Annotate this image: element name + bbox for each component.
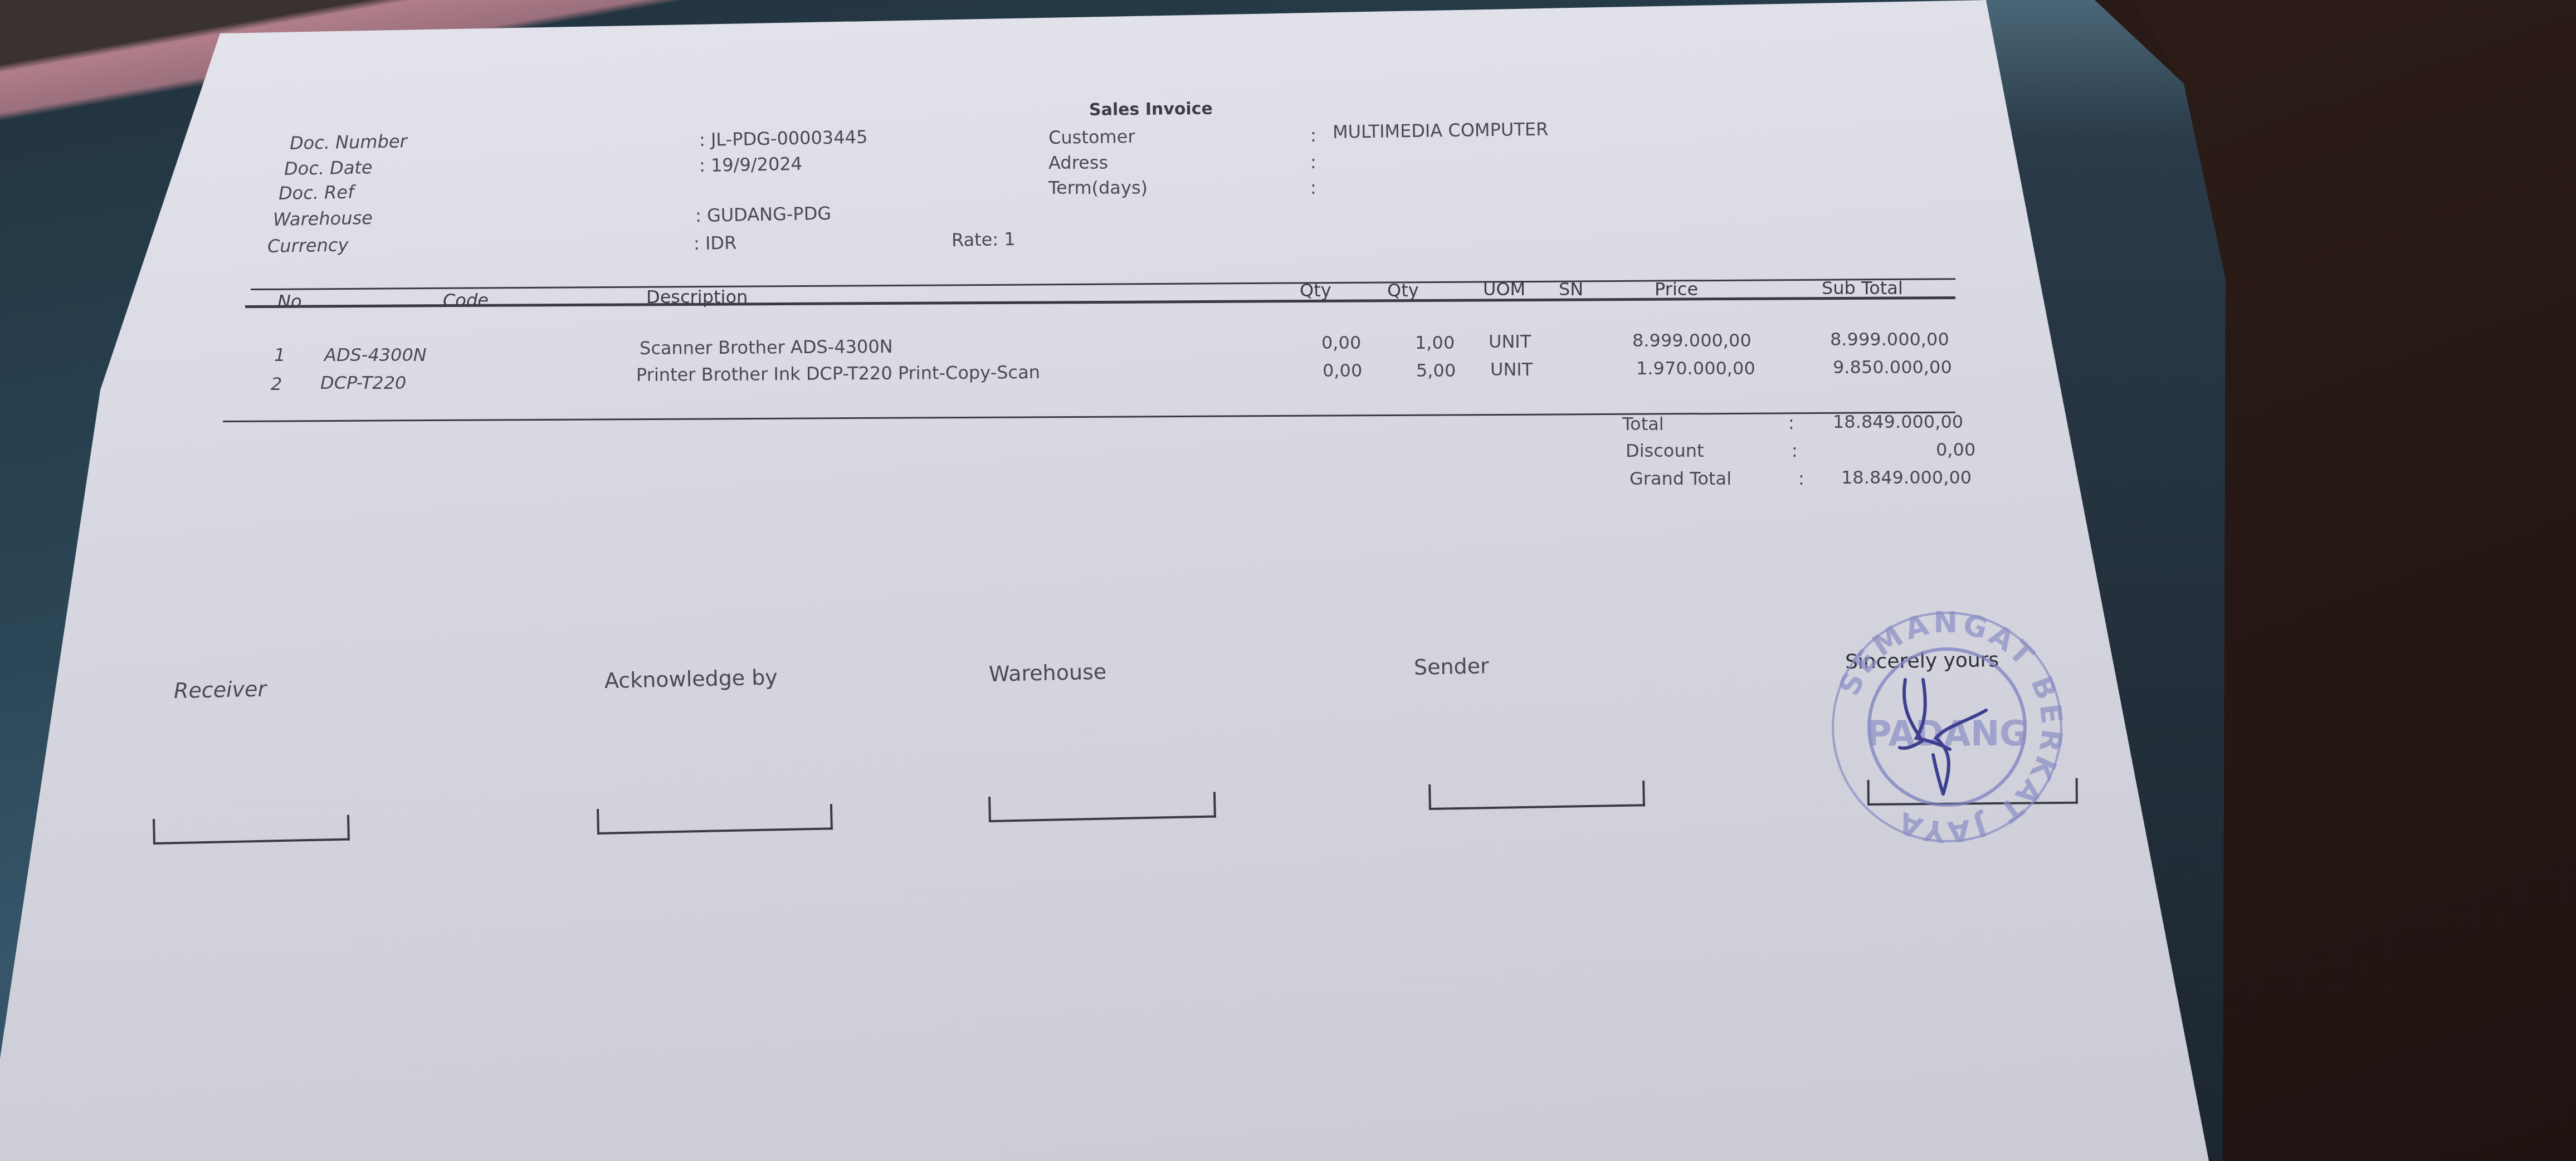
- signature-line-warehouse[interactable]: [988, 792, 1216, 822]
- warehouse-label: Warehouse: [273, 207, 373, 230]
- doc-ref-label: Doc. Ref: [279, 182, 354, 204]
- signature-line-sender[interactable]: [1428, 780, 1645, 810]
- row-code: DCP-T220: [320, 372, 406, 393]
- discount-sep: :: [1792, 440, 1798, 461]
- grand-total-value: 18.849.000,00: [1841, 467, 1972, 488]
- rate-text: Rate: 1: [952, 228, 1016, 251]
- row-no: 2: [271, 373, 282, 394]
- discount-label: Discount: [1626, 440, 1704, 461]
- term-sep: :: [1310, 177, 1316, 198]
- doc-date-value: : 19/9/2024: [699, 153, 803, 176]
- row-price: 1.970.000,00: [1636, 358, 1755, 379]
- signature-label-acknowledge: Acknowledge by: [604, 665, 778, 693]
- row-description: Scanner Brother ADS-4300N: [640, 336, 893, 359]
- signature-label-warehouse: Warehouse: [989, 660, 1107, 686]
- signature-label-receiver: Receiver: [174, 677, 267, 703]
- total-sep: :: [1788, 412, 1794, 433]
- col-description: Description: [646, 286, 748, 308]
- signature-label-sender: Sender: [1414, 653, 1490, 680]
- grand-total-label: Grand Total: [1629, 468, 1731, 489]
- term-label: Term(days): [1048, 177, 1148, 198]
- row-uom: UNIT: [1490, 359, 1533, 380]
- col-code: Code: [443, 290, 489, 311]
- col-uom: UOM: [1483, 279, 1525, 300]
- row-price: 8.999.000,00: [1632, 330, 1752, 351]
- row-subtotal: 8.999.000,00: [1830, 329, 1949, 350]
- currency-label: Currency: [267, 234, 349, 257]
- address-sep: :: [1310, 152, 1316, 173]
- invoice-title: Sales Invoice: [1089, 99, 1213, 120]
- doc-number-label: Doc. Number: [290, 130, 407, 154]
- row-uom: UNIT: [1489, 331, 1531, 352]
- col-qty-2: Qty: [1387, 280, 1419, 301]
- signature-line-acknowledge[interactable]: [597, 804, 833, 835]
- signature-line-receiver[interactable]: [153, 815, 350, 845]
- row-subtotal: 9.850.000,00: [1833, 357, 1952, 378]
- customer-sep: :: [1310, 125, 1316, 146]
- row-qty-1: 0,00: [1321, 332, 1361, 353]
- row-qty-1: 0,00: [1323, 360, 1362, 381]
- total-value: 18.849.000,00: [1833, 411, 1963, 432]
- address-label: Adress: [1048, 152, 1108, 173]
- row-qty-2: 1,00: [1415, 332, 1455, 353]
- customer-value: MULTIMEDIA COMPUTER: [1333, 119, 1549, 143]
- row-description: Printer Brother Ink DCP-T220 Print-Copy-…: [636, 362, 1040, 386]
- col-subtotal: Sub Total: [1822, 277, 1903, 299]
- doc-date-label: Doc. Date: [284, 157, 373, 179]
- doc-number-value: : JL-PDG-00003445: [699, 126, 868, 150]
- row-no: 1: [274, 344, 285, 365]
- grand-total-sep: :: [1798, 468, 1804, 489]
- currency-value: : IDR: [694, 232, 737, 254]
- warehouse-value: : GUDANG-PDG: [695, 203, 832, 226]
- row-qty-2: 5,00: [1416, 360, 1456, 381]
- discount-value: 0,00: [1936, 439, 1975, 460]
- col-no: No: [277, 291, 302, 312]
- customer-label: Customer: [1048, 126, 1135, 148]
- col-sn: SN: [1559, 279, 1583, 300]
- company-stamp: SEMANGAT BERKAT JAYA PADANG: [1822, 602, 2072, 852]
- row-code: ADS-4300N: [324, 344, 427, 365]
- total-label: Total: [1622, 413, 1664, 435]
- col-qty-1: Qty: [1300, 280, 1331, 301]
- col-price: Price: [1655, 279, 1698, 300]
